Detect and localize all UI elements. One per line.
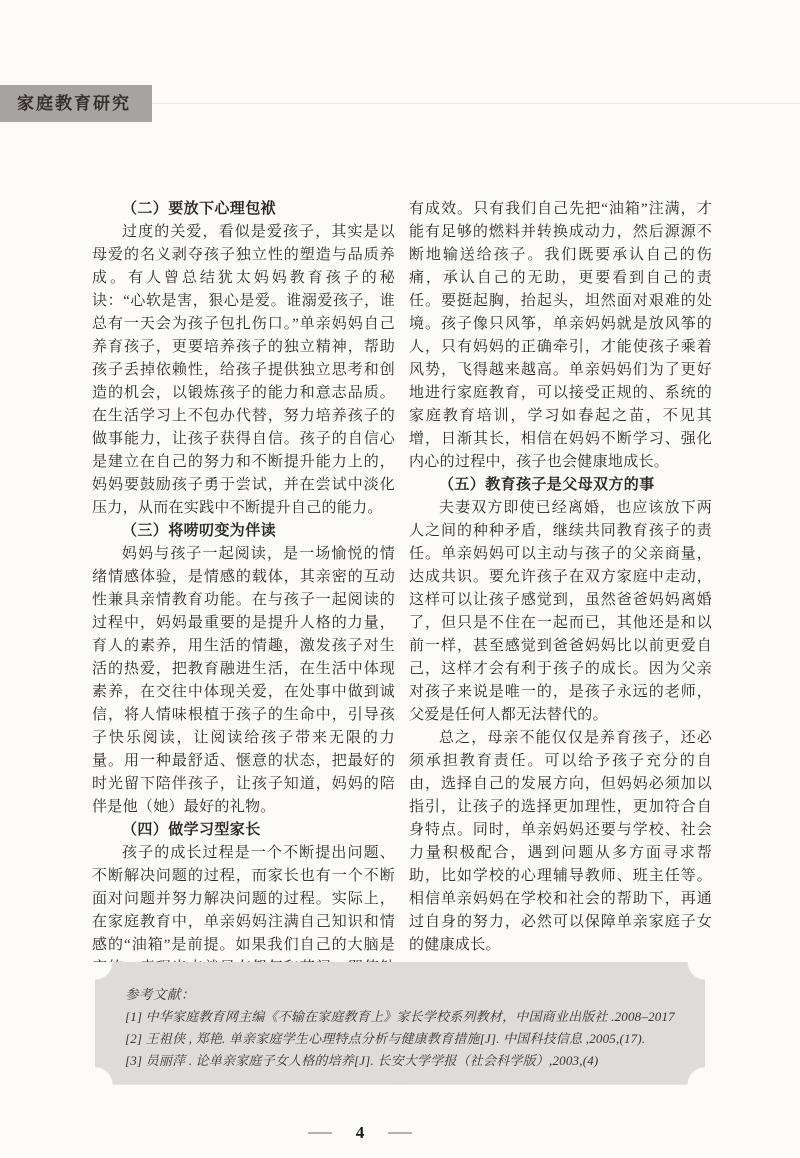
paragraph: 夫妻双方即使已经离婚，也应该放下两人之间的种种矛盾，继续共同教育孩子的责任。单亲… (409, 497, 712, 727)
references-title: 参考文献： (125, 984, 683, 1006)
paragraph: 妈妈与孩子一起阅读，是一场愉悦的情绪情感体验，是情感的载体，其亲密的互动性兼具亲… (92, 543, 395, 819)
section-heading-2: （二）要放下心理包袱 (92, 198, 395, 221)
paragraph: 过度的关爱，看似是爱孩子，其实是以母爱的名义剥夺孩子独立性的塑造与品质养成。有人… (92, 221, 395, 520)
footer-dash-left (308, 1132, 332, 1134)
paragraph-continuation: 有成效。只有我们自己先把“油箱”注满，才能有足够的燃料并转换成动力，然后源源不断… (409, 198, 712, 474)
page-footer: 4 (0, 1118, 720, 1148)
section-heading-3: （三）将唠叨变为伴读 (92, 520, 395, 543)
article-body: （二）要放下心理包袱 过度的关爱，看似是爱孩子，其实是以母爱的名义剥夺孩子独立性… (92, 198, 712, 962)
section-heading-5: （五）教育孩子是父母双方的事 (409, 474, 712, 497)
reference-item: [2] 王祖侠 , 郑艳. 单亲家庭学生心理特点分析与健康教育措施[J]. 中国… (125, 1028, 683, 1050)
section-label: 家庭教育研究 (0, 85, 152, 122)
page-number: 4 (356, 1123, 365, 1143)
paragraph: 孩子的成长过程是一个不断提出问题、不断解决问题的过程，而家长也有一个不断面对问题… (92, 842, 395, 962)
footer-dash-right (388, 1132, 412, 1134)
left-column: （二）要放下心理包袱 过度的关爱，看似是爱孩子，其实是以母爱的名义剥夺孩子独立性… (92, 198, 395, 962)
section-heading-4: （四）做学习型家长 (92, 819, 395, 842)
paragraph: 总之，母亲不能仅仅是养育孩子，还必须承担教育责任。可以给予孩子充分的自由，选择自… (409, 727, 712, 957)
references-box: 参考文献： [1] 中华家庭教育网主编《不输在家庭教育上》家长学校系列教材，中国… (95, 962, 705, 1085)
document-page: 家庭教育研究 （二）要放下心理包袱 过度的关爱，看似是爱孩子，其实是以母爱的名义… (0, 0, 800, 1158)
reference-item: [1] 中华家庭教育网主编《不输在家庭教育上》家长学校系列教材，中国商业出版社 … (125, 1006, 683, 1028)
header-rule (150, 103, 800, 104)
right-column: 有成效。只有我们自己先把“油箱”注满，才能有足够的燃料并转换成动力，然后源源不断… (409, 198, 712, 962)
reference-item: [3] 员丽萍 . 论单亲家庭子女人格的培养[J]. 长安大学学报（社会科学版）… (125, 1050, 683, 1072)
